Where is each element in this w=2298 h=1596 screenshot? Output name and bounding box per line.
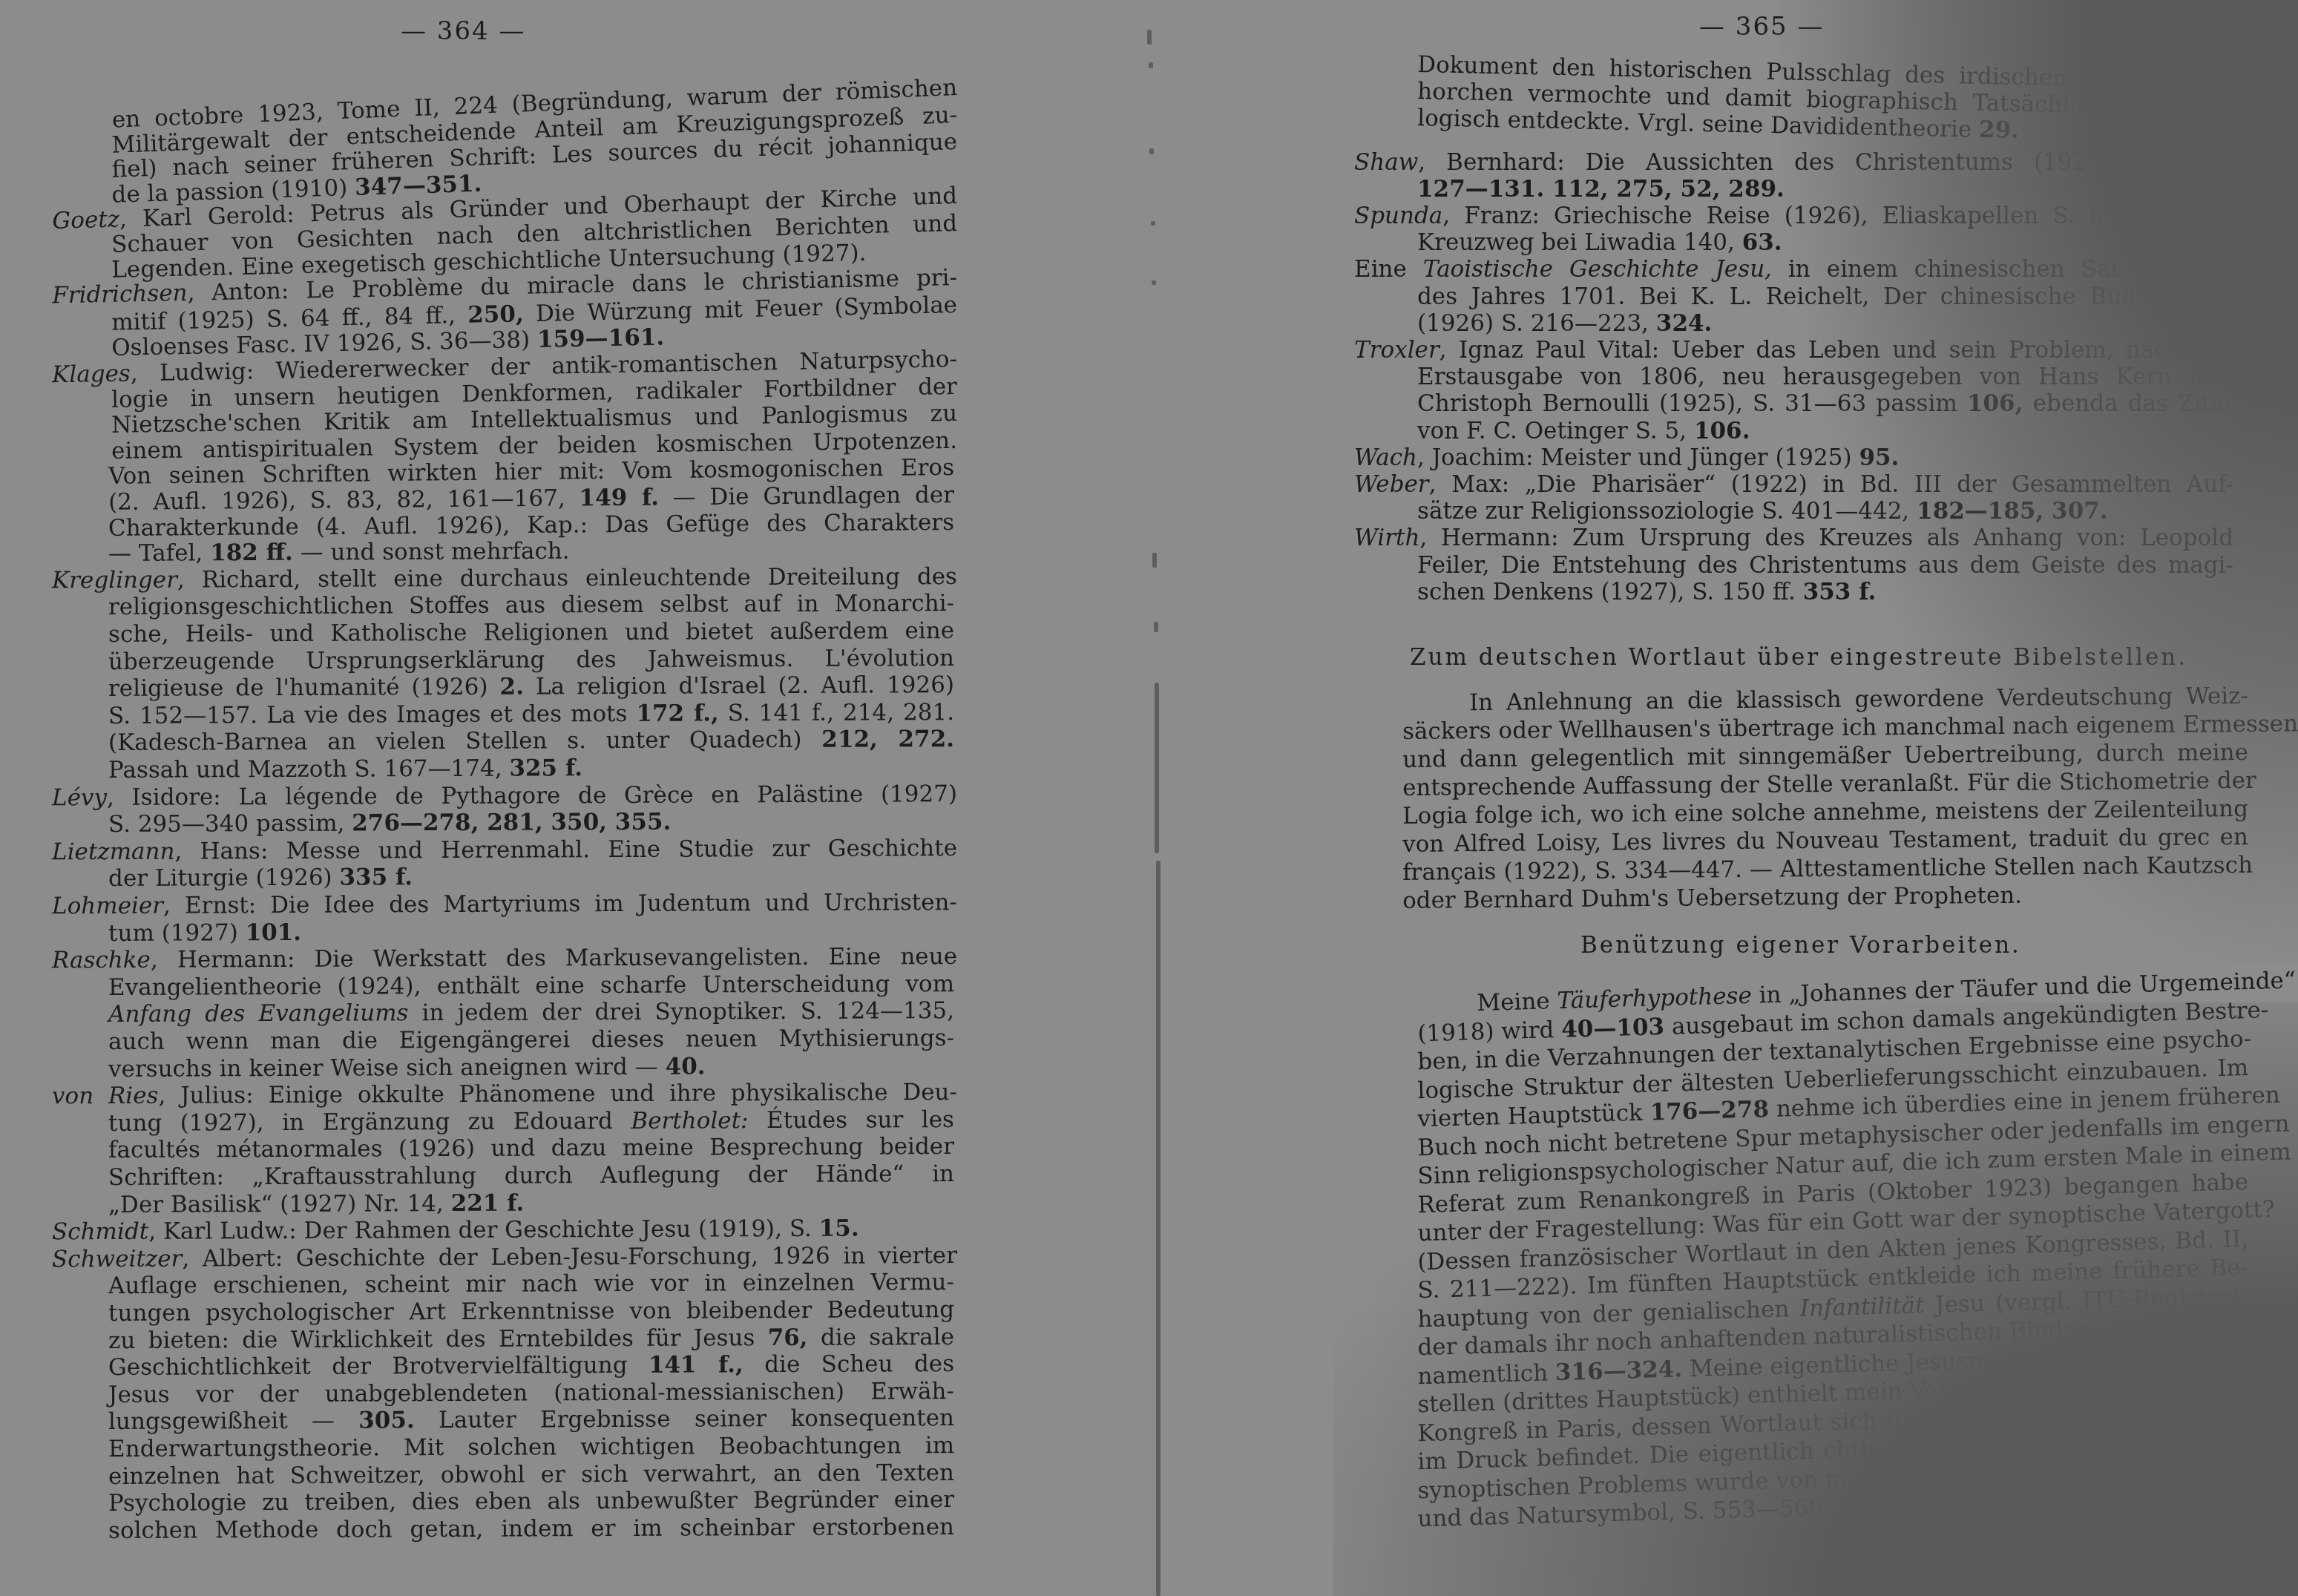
line-text: Schriften: „Kraftausstrahlung durch Aufl… [108,1160,954,1191]
line-text: religionsgeschichtlichen Stoffes aus die… [108,590,954,620]
page-reference: 176—278 [1649,1096,1769,1126]
text-line: tungen psychologischer Art Erkenntnisse … [108,1296,954,1327]
text-line: S. 152—157. La vie des Images et des mot… [108,699,954,729]
line-text: , Isidore: La légende de Pythagore de Gr… [107,781,957,811]
author-name: Schmidt [52,1218,148,1246]
page-reference: 325 f. [509,755,582,781]
line-text: oder Bernhard Duhm's Uebersetzung der Pr… [1402,882,2022,914]
text-line: Passah und Mazzoth S. 167—174, 325 f. [108,753,954,784]
author-name: Goetz [52,206,120,235]
line-text: zu bieten: die Wirklichkeit des Erntebil… [108,1324,768,1354]
text-line: Psychologie zu treiben, dies eben als un… [108,1486,954,1517]
page-reference: 101. [246,919,302,945]
text-line: (Kadesch-Barnea an vielen Stellen s. unt… [108,726,954,756]
text-line: Feiler, Die Entstehung des Christentums … [1417,552,2233,579]
line-text: Evangelientheorie (1924), enthält eine s… [108,971,954,1001]
left-page: — 364 — en octobre 1923, Tome II, 224 (B… [0,0,1143,1596]
line-text: — Die Grundlagen der [659,482,954,510]
line-text: Passah und Mazzoth S. 167—174, [108,755,510,784]
line-text: „Der Basilisk“ (1927) Nr. 14, [108,1190,451,1218]
bibliography-entry: Weber, Max: „Die Pharisäer“ (1922) in Bd… [1354,471,2233,498]
text-line: einzelnen hat Schweitzer, obwohl er sich… [108,1459,954,1490]
line-text: , Ernst: Die Idee des Martyriums im Jude… [163,889,957,919]
text-line: Enderwartungstheorie. Mit solchen wichti… [108,1432,954,1462]
line-text: , Julius: Einige okkulte Phänomene und i… [158,1079,957,1109]
page-reference: 305. [358,1408,415,1434]
line-text: namentlich [1417,1359,1556,1390]
page-reference: 149 f. [579,484,659,511]
page-reference: 172 f., [636,700,719,726]
line-text: S. 295—340 passim, [108,810,352,838]
line-text: von F. C. Oetinger S. 5, [1417,418,1694,444]
line-text: , Hans: Messe und Herrenmahl. Eine Studi… [174,835,957,865]
line-text: , Hermann: Zum Ursprung des Kreuzes als … [1419,525,2233,551]
line-text: — und sonst mehrfach. [293,538,570,566]
text-line: Erstausgabe von 1806, neu herausgegeben … [1417,364,2233,390]
line-text: , Karl Ludw.: Der Rahmen der Geschichte … [148,1215,819,1245]
page-reference: 335 f. [339,864,413,891]
line-text: , Franz: Griechische Reise (1926), Elias… [1442,203,2140,229]
text-line: Anfang des Evangeliums in jedem der drei… [108,997,954,1028]
line-text: die sakrale [807,1324,954,1351]
bibliography-entry: Wach, Joachim: Meister und Jünger (1925)… [1354,444,2233,471]
line-text: Feiler, Die Entstehung des Christentums … [1417,552,2233,579]
text-line: überzeugende Ursprungserklärung des Jahw… [108,645,954,675]
line-text: tum (1927) [108,919,246,947]
line-text: — Tafel, [108,539,210,567]
italic-title: Bertholet: [631,1107,748,1134]
text-line: tung (1927), in Ergänzung zu Edouard Ber… [108,1106,954,1137]
text-line: facultés métanormales (1926) und dazu me… [108,1133,954,1163]
author-name: Shaw [1354,149,1418,176]
line-text: (1926) S. 216—223, [1417,310,1656,337]
bibliography-entry: Kreglinger, Richard, stellt eine durchau… [52,563,957,594]
page-reference: 2. [499,674,524,700]
line-text: lungsgewißheit — [108,1408,358,1435]
author-name: Spunda [1354,203,1442,229]
line-text: (2. Aufl. 1926), S. 83, 82, 161—167, [108,485,580,516]
page-reference: 127—131. 112, 275, 52, 289. [1417,176,1785,203]
text-line: Jesus vor der unabgeblendeten (national-… [108,1378,954,1408]
bibliography-entry: von Ries, Julius: Einige okkulte Phänome… [52,1079,957,1109]
text-line: „Der Basilisk“ (1927) Nr. 14, 221 f. [108,1188,954,1218]
text-line: religieuse de l'humanité (1926) 2. La re… [108,671,954,702]
bibliography-entry: Lietzmann, Hans: Messe und Herrenmahl. E… [52,835,957,865]
bibliography-entry: Wirth, Hermann: Zum Ursprung des Kreuzes… [1354,525,2233,551]
line-text: Erstausgabe von 1806, neu herausgegeben … [1417,364,2233,390]
page-reference: 106, [1967,390,2023,417]
line-text: überzeugende Ursprungserklärung des Jahw… [108,645,954,675]
page-reference: 276—278, 281, 350, 355. [352,809,671,837]
bibliography-entry: Spunda, Franz: Griechische Reise (1926),… [1354,203,2233,229]
line-text: Psychologie zu treiben, dies eben als un… [108,1486,954,1517]
line-text: schen Denkens (1927), S. 150 ff. [1417,579,1803,605]
text-line: religionsgeschichtlichen Stoffes aus die… [108,590,954,620]
line-text: versuchs in keiner Weise sich aneignen w… [108,1053,666,1082]
line-text: , Max: „Die Pharisäer“ (1922) in Bd. III… [1429,471,2233,498]
line-text: (Kadesch-Barnea an vielen Stellen s. unt… [108,726,821,756]
text-line: Evangelientheorie (1924), enthält eine s… [108,971,954,1001]
line-text: in jedem der drei Synoptiker. S. 124—135… [408,997,954,1026]
text-line: Auflage erschienen, scheint mir nach wie… [108,1269,954,1299]
bibliography-entry: Raschke, Hermann: Die Werkstatt des Mark… [52,943,957,973]
bibliography-entry: Lohmeier, Ernst: Die Idee des Martyriums… [52,889,957,919]
text-line: auch wenn man die Eigengängerei dieses n… [108,1025,954,1055]
line-text: Enderwartungstheorie. Mit solchen wichti… [108,1432,954,1462]
line-text: , Ignaz Paul Vital: Ueber das Leben und … [1439,337,2233,364]
page-reference: 76, [768,1324,808,1350]
text-line: solchen Methode doch getan, indem er im … [108,1514,954,1544]
line-text: Eine [1354,256,1423,283]
line-text: , Bernhard: Die Aussichten des Christent… [1418,149,2138,176]
page-reference: 87, [2140,203,2180,229]
author-name: Wirth [1354,525,1419,551]
text-line: versuchs in keiner Weise sich aneignen w… [108,1052,954,1083]
line-text: religieuse de l'humanité (1926) [108,674,500,702]
line-text: tung (1927), in Ergänzung zu Edouard [108,1108,631,1137]
bibliography-entry: Schweitzer, Albert: Geschichte der Leben… [52,1242,957,1272]
text-line: zu bieten: die Wirklichkeit des Erntebil… [108,1324,954,1354]
line-text: der Liturgie (1926) [108,864,340,892]
text-line: von F. C. Oetinger S. 5, 106. [1417,418,2233,444]
text-line: — Tafel, 182 ff. — und sonst mehrfach. [108,536,954,567]
author-name: Wach [1354,444,1417,471]
line-text: der [2180,203,2233,229]
right-page: — 365 — Dokument den historischen Pulssc… [1150,0,2298,1596]
text-line: schen Denkens (1927), S. 150 ff. 353 f. [1417,579,2233,605]
italic-title: Infantilität [1799,1292,1925,1322]
section-heading: Benützung eigener Vorarbeiten. [1580,932,2021,959]
bibliography-entry: Schmidt, Karl Ludw.: Der Rahmen der Gesc… [52,1215,957,1245]
line-text: des Jahres 1701. Bei K. L. Reichelt, Der… [1417,283,2233,310]
author-name: Fridrichsen [52,280,188,309]
text-line: lungsgewißheit — 305. Lauter Ergebnisse … [108,1405,954,1435]
text-line: sche, Heils- und Katholische Religionen … [108,617,954,648]
page-reference: 316—324. [1555,1356,1682,1386]
line-text: , Hermann: Die Werkstatt des Markusevang… [151,943,957,973]
text-line: Eine Taoistische Geschichte Jesu, in ein… [1354,256,2233,283]
line-text: (1918) wird [1417,1016,1562,1046]
page-reference: 159—161. [537,324,665,353]
page-reference: 221 f. [451,1189,525,1216]
text-line: sätze zur Religionssoziologie S. 401—442… [1417,498,2233,525]
line-text: Kreuzweg bei Liwadia 140, [1417,229,1742,256]
line-text: tungen psychologischer Art Erkenntnisse … [108,1296,954,1327]
page-number: — 365 — [1699,12,1825,42]
line-text: Geschichtlichkeit der Brotvervielfältigu… [108,1352,649,1381]
line-text: in einem chinesischen Sammelwerk [1772,256,2233,283]
author-name: Troxler [1354,337,1439,364]
author-name: Raschke [52,947,151,974]
text-line: Schriften: „Kraftausstrahlung durch Aufl… [108,1160,954,1191]
author-name: Lietzmann [52,838,175,865]
page-reference: 324. [1656,310,1713,337]
line-text: Lauter Ergebnisse seiner konsequenten [415,1405,954,1434]
author-name: Lohmeier [52,893,163,920]
line-text: La religion d'Israel (2. Aufl. 1926) [524,671,954,700]
bibliography-entry: Lévy, Isidore: La légende de Pythagore d… [52,781,957,811]
page-reference: 69—73, [2138,149,2233,176]
line-text: ebenda das Zitat [2023,390,2234,417]
page-reference: 141 f., [649,1351,743,1379]
line-text: , Albert: Geschichte der Leben-Jesu-Fors… [182,1242,957,1272]
line-text: Auflage erschienen, scheint mir nach wie… [108,1269,954,1299]
author-name: Klages [52,360,131,388]
line-text: , Joachim: Meister und Jünger (1925) [1417,444,1859,471]
page-reference: 212, 272. [821,726,954,753]
page-reference: 15. [819,1215,859,1242]
author-name: Weber [1354,471,1429,498]
page-reference: 40—103 [1561,1013,1665,1042]
line-text: Christoph Bernoulli (1925), S. 31—63 pas… [1417,390,1967,417]
line-text: facultés métanormales (1926) und dazu me… [108,1133,954,1163]
page-reference: 182—185, 307. [1917,498,2108,525]
text-line: (1926) S. 216—223, 324. [1417,310,2233,337]
page-reference: 29. [1979,116,2020,144]
page-reference: 63. [1742,229,1782,256]
italic-title: Anfang des Evangeliums [108,1000,409,1028]
text-line: des Jahres 1701. Bei K. L. Reichelt, Der… [1417,283,2233,310]
line-text: solchen Methode doch getan, indem er im … [108,1514,954,1544]
text-line: Kreuzweg bei Liwadia 140, 63. [1417,229,2233,256]
text-line: 127—131. 112, 275, 52, 289. [1417,176,2233,203]
page-reference: 106. [1694,418,1750,444]
italic-title: Taoistische Geschichte Jesu, [1423,256,1772,283]
text-line: Geschichtlichkeit der Brotvervielfältigu… [108,1350,954,1381]
text-line: S. 295—340 passim, 276—278, 281, 350, 35… [108,807,954,838]
page-number: — 364 — [401,16,526,46]
text-line: der Liturgie (1926) 335 f. [108,861,954,892]
line-text: vierten Hauptstück [1417,1100,1650,1133]
author-name: von Ries [52,1083,159,1110]
line-text: S. 152—157. La vie des Images et des mot… [108,700,637,729]
author-name: Schweitzer [52,1245,182,1272]
line-text: sche, Heils- und Katholische Religionen … [108,617,954,648]
page-reference: 40. [666,1053,706,1080]
line-text: die Scheu des [743,1350,954,1378]
line-text: , Richard, stellt eine durchaus einleuch… [177,563,957,594]
line-text: einzelnen hat Schweitzer, obwohl er sich… [108,1459,954,1490]
line-text: auch wenn man die Eigengängerei dieses n… [108,1025,954,1055]
text-line: oder Bernhard Duhm's Uebersetzung der Pr… [1402,880,2248,914]
line-text: Jesus vor der unabgeblendeten (national-… [108,1378,954,1408]
line-text: Études sur les [748,1106,954,1134]
section-heading: Zum deutschen Wortlaut über eingestreute… [1410,644,2187,671]
line-text: S. 141 f., 214, 281. [719,699,954,726]
text-line: Christoph Bernoulli (1925), S. 31—63 pas… [1417,390,2233,417]
page-reference: 250, [467,301,524,329]
page-reference: 182 ff. [210,539,293,567]
line-text: sätze zur Religionssoziologie S. 401—442… [1417,498,1917,525]
italic-title: Täuferhypothese [1557,982,1752,1014]
author-name: Lévy [52,784,107,811]
page-reference: 353 f. [1803,579,1877,605]
author-name: Kreglinger [52,566,177,594]
line-text: Meine [1477,988,1557,1017]
text-line: tum (1927) 101. [108,916,954,947]
bibliography-entry: Shaw, Bernhard: Die Aussichten des Chris… [1354,149,2233,176]
page-reference: 95. [1859,444,1899,471]
bibliography-entry: Troxler, Ignaz Paul Vital: Ueber das Leb… [1354,337,2233,364]
